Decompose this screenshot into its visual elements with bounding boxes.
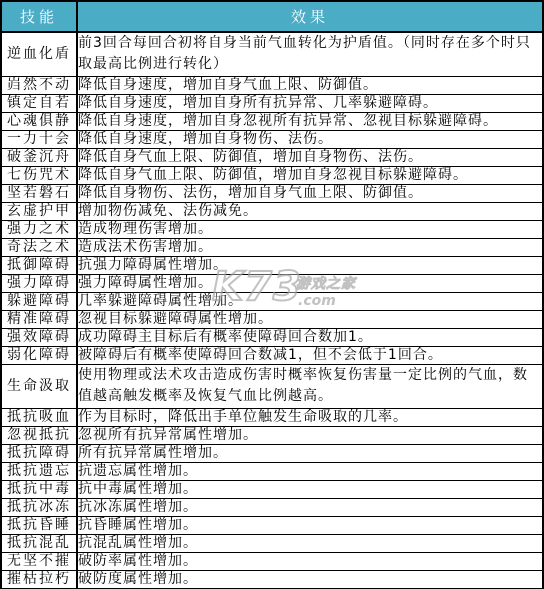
table-row: 坚若磐石降低自身物伤、法伤，增加自身气血上限、防御值。 [1,184,543,202]
skill-effect-cell: 降低自身气血上限、防御值，增加自身物伤、法伤。 [77,148,543,166]
table-row: 岿然不动降低自身速度，增加自身气血上限、防御值。 [1,76,543,94]
skill-effect-cell: 破防率属性增加。 [77,552,543,570]
skill-effect-cell: 抗遗忘属性增加。 [77,462,543,480]
skill-effect-cell: 作为目标时，降低出手单位触发生命吸取的几率。 [77,408,543,426]
skill-effect-cell: 使用物理或法术攻击造成伤害时概率恢复伤害量一定比例的气血，数值越高触发概率及恢复… [77,364,543,408]
table-row: 抵抗障碍所有抗异常属性增加。 [1,444,543,462]
table-row: 强力之术造成物理伤害增加。 [1,220,543,238]
table-row: 忽视抵抗忽视所有抗异常属性增加。 [1,426,543,444]
skill-effect-cell: 降低自身速度，增加自身所有抗异常、几率躲避障碍。 [77,94,543,112]
skill-name-cell: 摧枯拉朽 [1,570,77,589]
table-row: 抵抗混乱抗混乱属性增加。 [1,534,543,552]
table-row: 弱化障碍被障碍后有概率使障碍回合数减1，但不会低于1回合。 [1,346,543,364]
skill-name-cell: 强力之术 [1,220,77,238]
skill-effect-cell: 造成物理伤害增加。 [77,220,543,238]
table-row: 一力十会降低自身速度，增加自身物伤、法伤。 [1,130,543,148]
skill-name-cell: 心魂俱静 [1,112,77,130]
skill-effect-cell: 忽视目标躲避障碍属性增加。 [77,310,543,328]
skill-effect-cell: 抗强力障碍属性增加。 [77,256,543,274]
skill-name-cell: 躲避障碍 [1,292,77,310]
skill-name-cell: 弱化障碍 [1,346,77,364]
skill-name-cell: 抵抗吸血 [1,408,77,426]
skill-name-cell: 岿然不动 [1,76,77,94]
skill-name-cell: 七伤咒术 [1,166,77,184]
table-row: 摧枯拉朽破防度属性增加。 [1,570,543,589]
table-row: 抵抗吸血作为目标时，降低出手单位触发生命吸取的几率。 [1,408,543,426]
table-row: 抵抗中毒抗中毒属性增加。 [1,480,543,498]
table-row: 镇定自若降低自身速度，增加自身所有抗异常、几率躲避障碍。 [1,94,543,112]
skill-effect-cell: 降低自身速度，增加自身忽视所有抗异常、忽视目标躲避障碍。 [77,112,543,130]
skill-name-cell: 抵抗冰冻 [1,498,77,516]
skill-effect-cell: 所有抗异常属性增加。 [77,444,543,462]
skill-name-cell: 强效障碍 [1,328,77,346]
skill-name-cell: 抵抗昏睡 [1,516,77,534]
table-row: 七伤咒术降低自身气血上限、防御值，增加自身忽视目标躲避障碍。 [1,166,543,184]
skill-effect-cell: 几率躲避障碍属性增加。 [77,292,543,310]
table-row: 躲避障碍几率躲避障碍属性增加。 [1,292,543,310]
table-row: 逆血化盾前3回合每回合初将自身当前气血转化为护盾值。（同时存在多个时只取最高比例… [1,32,543,76]
skill-effect-cell: 忽视所有抗异常属性增加。 [77,426,543,444]
skill-name-cell: 抵抗障碍 [1,444,77,462]
skill-name-cell: 抵抗遗忘 [1,462,77,480]
skill-name-cell: 无坚不摧 [1,552,77,570]
table-row: 抵御障碍抗强力障碍属性增加。 [1,256,543,274]
skill-effect-cell: 降低自身物伤、法伤，增加自身气血上限、防御值。 [77,184,543,202]
skill-name-cell: 破釜沉舟 [1,148,77,166]
skills-table: 技能 效果 逆血化盾前3回合每回合初将自身当前气血转化为护盾值。（同时存在多个时… [0,0,544,589]
skills-effects-page: 技能 效果 逆血化盾前3回合每回合初将自身当前气血转化为护盾值。（同时存在多个时… [0,0,544,589]
table-row: 抵抗昏睡抗昏睡属性增加。 [1,516,543,534]
skill-name-cell: 生命汲取 [1,364,77,408]
skill-effect-cell: 抗昏睡属性增加。 [77,516,543,534]
skill-name-cell: 忽视抵抗 [1,426,77,444]
table-row: 无坚不摧破防率属性增加。 [1,552,543,570]
table-row: 生命汲取使用物理或法术攻击造成伤害时概率恢复伤害量一定比例的气血，数值越高触发概… [1,364,543,408]
table-row: 强力障碍强力障碍属性增加。 [1,274,543,292]
skill-name-cell: 逆血化盾 [1,32,77,76]
skill-effect-cell: 破防度属性增加。 [77,570,543,589]
skill-name-cell: 奇法之术 [1,238,77,256]
skill-name-cell: 玄虚护甲 [1,202,77,220]
skill-effect-cell: 造成法术伤害增加。 [77,238,543,256]
skill-effect-cell: 成功障碍主目标后有概率使障碍回合数加1。 [77,328,543,346]
table-row: 抵抗冰冻抗冰冻属性增加。 [1,498,543,516]
table-row: 抵抗遗忘抗遗忘属性增加。 [1,462,543,480]
skill-name-cell: 精准障碍 [1,310,77,328]
table-row: 心魂俱静降低自身速度，增加自身忽视所有抗异常、忽视目标躲避障碍。 [1,112,543,130]
skill-effect-cell: 抗混乱属性增加。 [77,534,543,552]
table-row: 奇法之术造成法术伤害增加。 [1,238,543,256]
skill-effect-cell: 抗中毒属性增加。 [77,480,543,498]
skill-name-cell: 镇定自若 [1,94,77,112]
column-header-effect: 效果 [77,1,543,32]
skill-name-cell: 抵抗中毒 [1,480,77,498]
skill-table-body: 逆血化盾前3回合每回合初将自身当前气血转化为护盾值。（同时存在多个时只取最高比例… [1,32,543,589]
skill-effect-cell: 被障碍后有概率使障碍回合数减1，但不会低于1回合。 [77,346,543,364]
skill-effect-cell: 降低自身速度，增加自身物伤、法伤。 [77,130,543,148]
skill-effect-cell: 强力障碍属性增加。 [77,274,543,292]
table-row: 玄虚护甲增加物伤减免、法伤减免。 [1,202,543,220]
table-row: 强效障碍成功障碍主目标后有概率使障碍回合数加1。 [1,328,543,346]
skill-name-cell: 一力十会 [1,130,77,148]
column-header-skill: 技能 [1,1,77,32]
skill-name-cell: 坚若磐石 [1,184,77,202]
skill-name-cell: 抵抗混乱 [1,534,77,552]
skill-effect-cell: 抗冰冻属性增加。 [77,498,543,516]
table-row: 精准障碍忽视目标躲避障碍属性增加。 [1,310,543,328]
skill-effect-cell: 降低自身速度，增加自身气血上限、防御值。 [77,76,543,94]
skill-effect-cell: 增加物伤减免、法伤减免。 [77,202,543,220]
skill-name-cell: 抵御障碍 [1,256,77,274]
skill-effect-cell: 降低自身气血上限、防御值，增加自身忽视目标躲避障碍。 [77,166,543,184]
skill-effect-cell: 前3回合每回合初将自身当前气血转化为护盾值。（同时存在多个时只取最高比例进行转化… [77,32,543,76]
table-row: 破釜沉舟降低自身气血上限、防御值，增加自身物伤、法伤。 [1,148,543,166]
skill-name-cell: 强力障碍 [1,274,77,292]
table-header-row: 技能 效果 [1,1,543,32]
